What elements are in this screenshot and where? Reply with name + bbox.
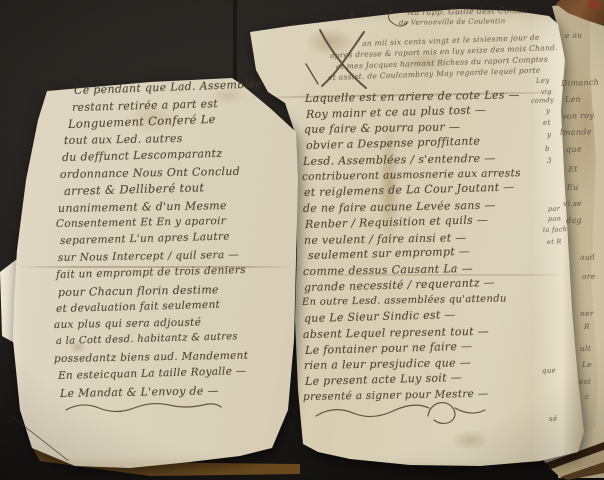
edge-fragment: lmande [560, 128, 592, 137]
manuscript-line: Roy mainr et ce au plus tost — [306, 104, 486, 120]
manuscript-line: Lesd. Assemblées / s'entendre — [303, 153, 496, 167]
manuscript-line: de ne faire aucune Levée sans — [303, 200, 496, 214]
manuscript-line: presenté a signer pour Mestre — [303, 389, 489, 403]
manuscript-line: aux plus qui sera adjousté [54, 317, 201, 330]
edge-fragment: R [584, 323, 590, 331]
manuscript-line: comme dessus Causant La — [303, 263, 473, 277]
edge-fragment: Le [582, 361, 592, 369]
margin-note: et R [547, 238, 562, 245]
manuscript-line: a la Cott desd. habitantz & autres [56, 332, 238, 347]
manuscript-line: que Le Sieur Sindic est — [304, 309, 456, 324]
manuscript-line: Le Mandat & L'envoy de — [60, 385, 219, 399]
margin-note: par [548, 206, 560, 213]
margin-note: 3 [547, 158, 552, 165]
edge-fragment: von roy [562, 112, 595, 121]
edge-fragment: que [566, 146, 582, 154]
header-line: Au rapp. Guille dest Contaz [408, 7, 528, 17]
margin-note: sé [549, 416, 558, 423]
margin-note: et [543, 120, 551, 127]
manuscript-line: Ce pendant que Lad. Assemblée [74, 78, 262, 96]
manuscript-line: unanimement & d'un Mesme [58, 200, 227, 214]
manuscript-line: et devaluation fait seulement [56, 300, 220, 315]
manuscript-line: du deffunct Lescomparantz [62, 148, 223, 163]
manuscript-line: et reiglemens de La Cour Joutant — [304, 181, 515, 198]
edge-fragment: e au [565, 31, 583, 39]
margin-note: b [545, 146, 550, 153]
manuscript-line: Laquelle est en ariere de cote Les — [305, 89, 520, 104]
margin-note: pan [548, 216, 561, 223]
manuscript-line: seulement sur emprompt — [308, 246, 470, 261]
edge-fragment: dag [566, 217, 582, 225]
edge-fragment: Len [565, 96, 581, 104]
margin-note: comdy [531, 97, 554, 105]
manuscript-line: Longuement Conferé Le [68, 114, 216, 131]
edge-fragment: Et [568, 166, 578, 174]
edge-fragment: est [579, 378, 591, 386]
manuscript-line: que faire & pourra pour — [304, 121, 460, 135]
edge-fragment: ore [582, 273, 596, 281]
manuscript-line: En outre Lesd. assemblées qu'attendu [302, 294, 507, 308]
manuscript-line: Consentement Et En y aparoir [56, 216, 226, 229]
edge-fragment: ner [580, 310, 594, 318]
margin-note: Ley [536, 77, 550, 85]
manuscript-line: grande necessité / requerantz — [304, 277, 495, 293]
manuscript-line: Le present acte Luy soit — [305, 372, 462, 387]
manuscript-line: Renber / Requisition et quils — [305, 214, 488, 230]
manuscript-line: ordonnance Nous Ont Conclud [60, 166, 240, 180]
margin-note: y [547, 132, 551, 139]
manuscript-line: obvier a Despense proffitante [306, 135, 480, 151]
manuscript-line: arrest & Delliberé tout [64, 182, 205, 197]
edge-fragment: ult [580, 345, 591, 353]
manuscript-line: sur Nous Intercept / quil sera — [58, 250, 239, 264]
edge-fragment: aud [580, 253, 595, 261]
manuscript-line: fait un emprompt de trois deniers [56, 265, 246, 280]
manuscript-scan: 8 Ce pendant que Lad. Assembléerestant r… [0, 0, 604, 480]
manuscript-line: rien a leur presjudice que — [304, 357, 471, 371]
handwriting-layer: 8 Ce pendant que Lad. Assembléerestant r… [0, 0, 604, 480]
manuscript-line: restant retirée a part est [72, 98, 218, 113]
manuscript-line: separement L'un apres Lautre [60, 232, 230, 247]
edge-fragment: Dimanch [561, 79, 599, 88]
margin-note: vig [541, 88, 552, 95]
page-number: 8 [350, 11, 355, 19]
margin-note: la fach [543, 226, 567, 233]
manuscript-line: possedantz biens aud. Mandement [54, 351, 248, 365]
edge-fragment: c [585, 393, 590, 401]
margin-note: que [542, 368, 556, 375]
manuscript-line: Le fontainer pour ne faire — [305, 341, 473, 356]
manuscript-line: absent Lequel represent tout — [303, 326, 489, 340]
manuscript-line: pour Chacun florin destime [58, 284, 219, 298]
edge-fragment: Eu [567, 184, 579, 192]
margin-note: y [546, 108, 550, 115]
manuscript-line: En esteicquan La taille Royalle — [58, 366, 247, 381]
edge-fragment: vi.se [563, 200, 582, 208]
manuscript-line: tout aux Led. autres [64, 133, 183, 146]
header-line: de Vernonville de Coulentin [399, 18, 506, 27]
manuscript-line: ne veulent / faire ainsi et — [304, 232, 467, 246]
